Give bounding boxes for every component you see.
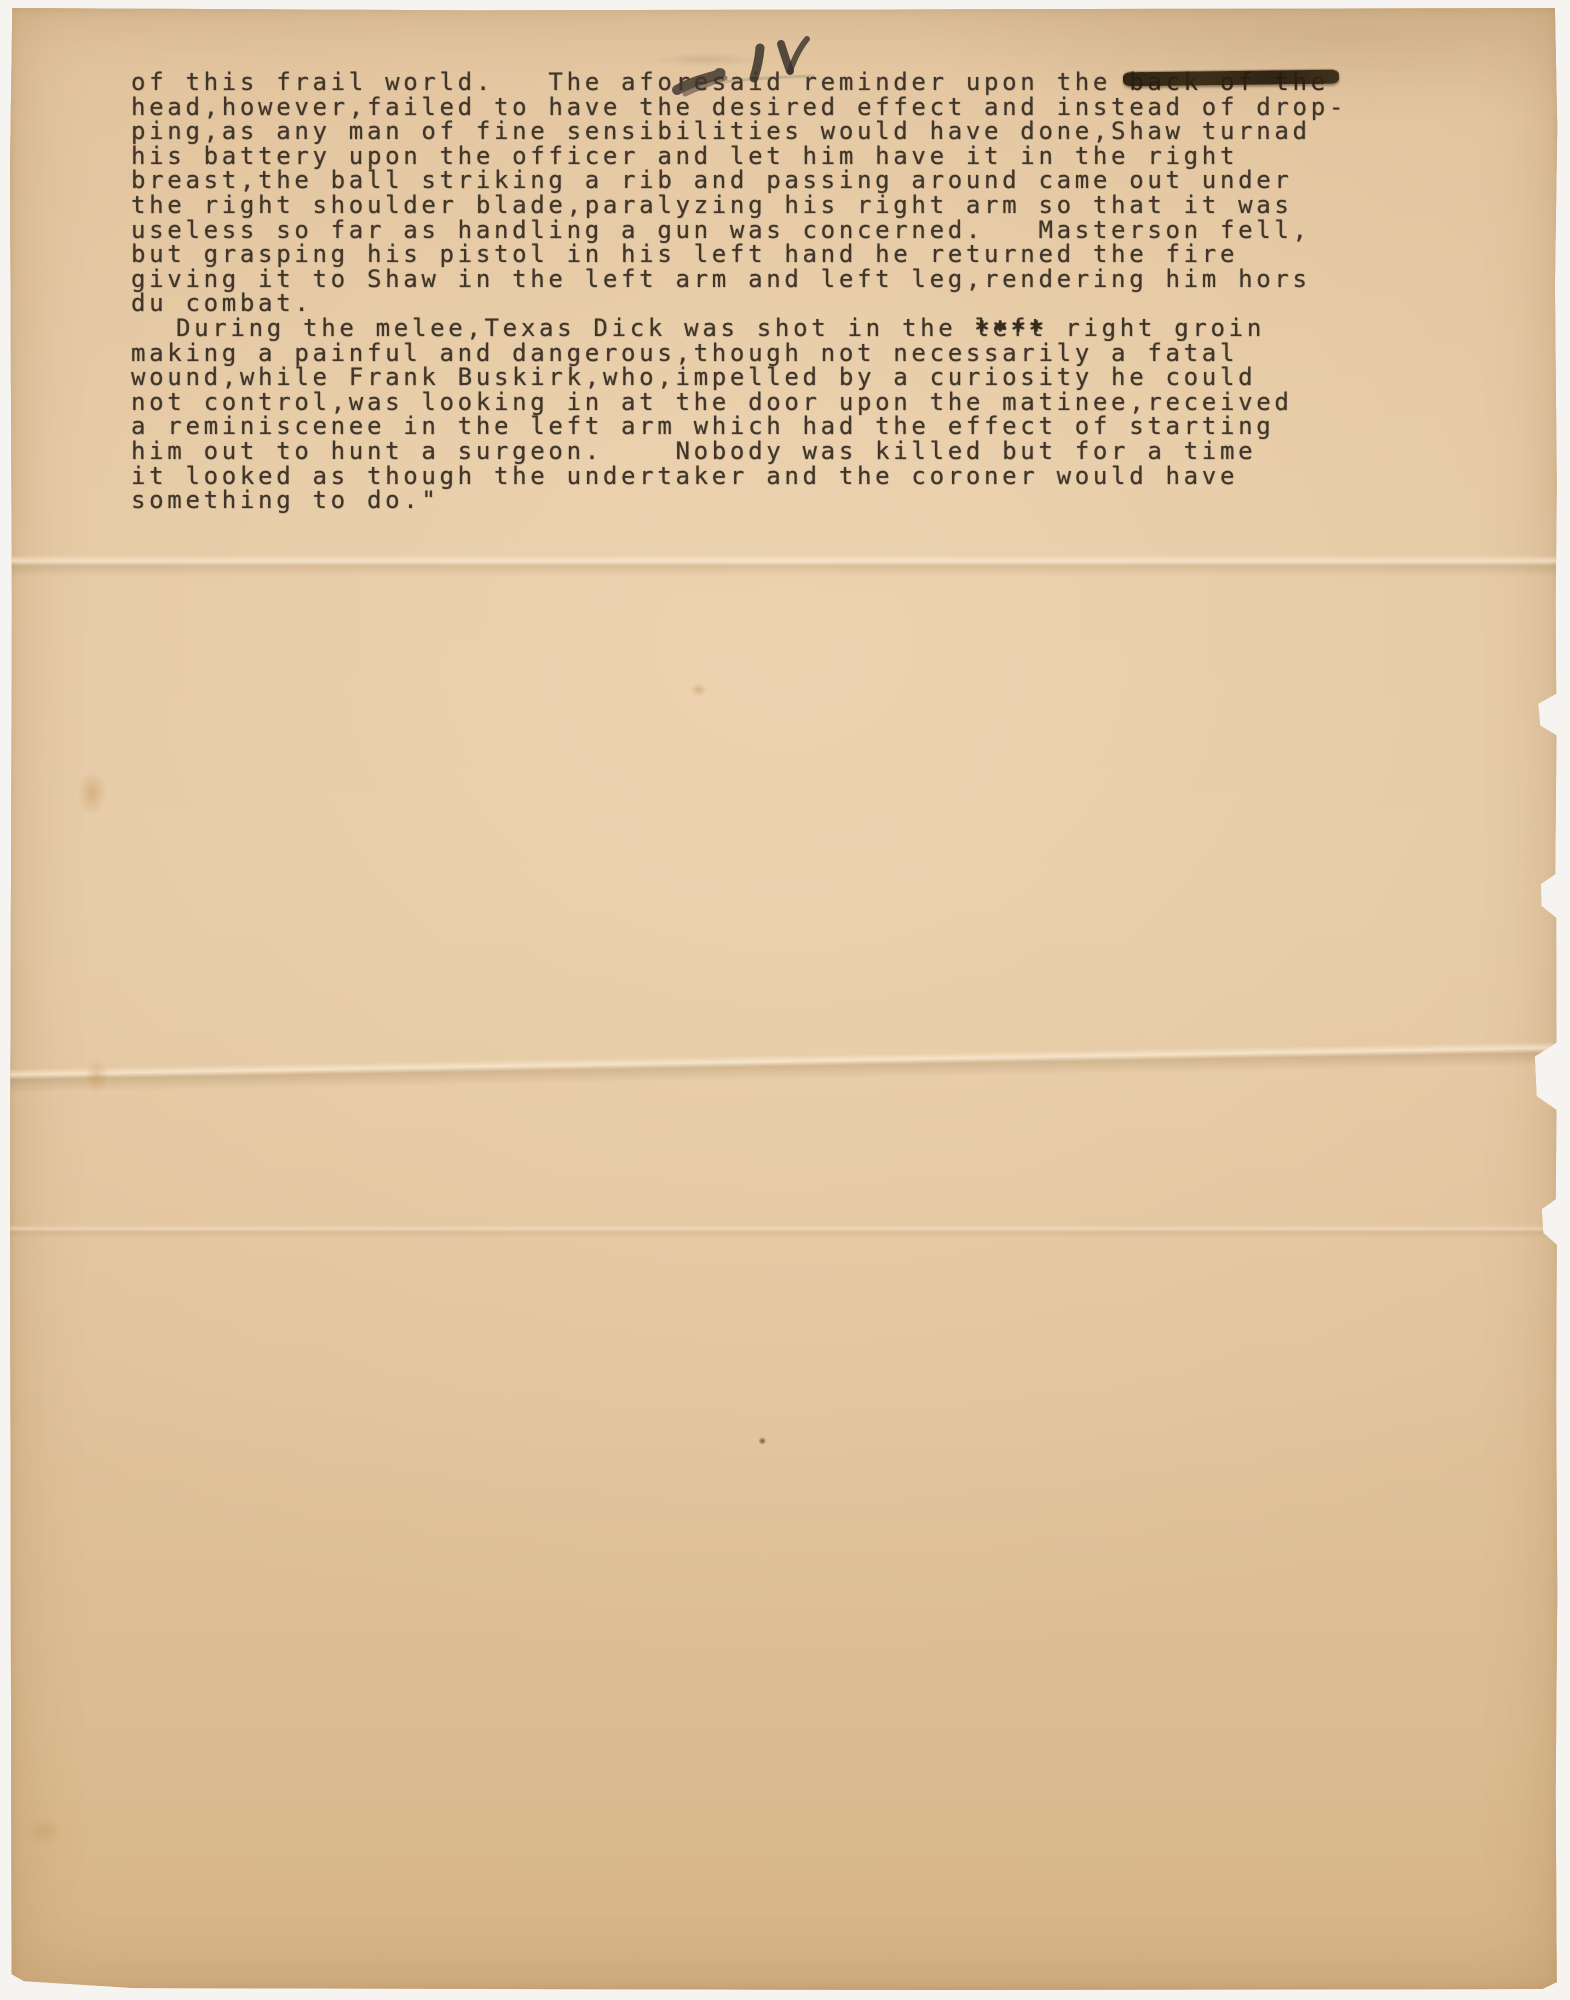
scanned-paper-sheet: of this frail world. The aforesaid remin… (10, 8, 1558, 1990)
typed-line: a reminiscenee in the left arm which had… (131, 414, 1491, 439)
typed-line: wound,while Frank Buskirk,who,impelled b… (131, 365, 1491, 390)
typed-line: head,however,failed to have the desired … (131, 95, 1491, 120)
overstrike-characters: **** (975, 318, 1048, 343)
typed-line-paragraph-start: During the melee,Texas Dick was shot in … (131, 316, 1491, 341)
typed-line: useless so far as handling a gun was con… (131, 218, 1491, 243)
typed-line: not control,was looking in at the door u… (131, 390, 1491, 415)
typed-line: du combat. (131, 291, 1491, 316)
typed-line: him out to hunt a surgeon. Nobody was ki… (131, 439, 1491, 464)
overstruck-word: left**** (975, 316, 1048, 341)
typed-line: ping,as any man of fine sensibilities wo… (131, 119, 1491, 144)
typed-line: making a painful and dangerous,though no… (131, 341, 1491, 366)
inked-out-text: back of the (1129, 68, 1329, 96)
typed-line: of this frail world. The aforesaid remin… (131, 70, 1491, 95)
typed-line: the right shoulder blade,paralyzing his … (131, 193, 1491, 218)
typed-text-block: of this frail world. The aforesaid remin… (131, 70, 1491, 513)
typed-line: breast,the ball striking a rib and passi… (131, 168, 1491, 193)
typed-line: but grasping his pistol in his left hand… (131, 242, 1491, 267)
typed-line: something to do." (131, 488, 1491, 513)
typed-line: it looked as though the undertaker and t… (131, 464, 1491, 489)
typed-line: giving it to Shaw in the left arm and le… (131, 267, 1491, 292)
typed-line: his battery upon the officer and let him… (131, 144, 1491, 169)
line-text: something to do." (131, 486, 440, 514)
